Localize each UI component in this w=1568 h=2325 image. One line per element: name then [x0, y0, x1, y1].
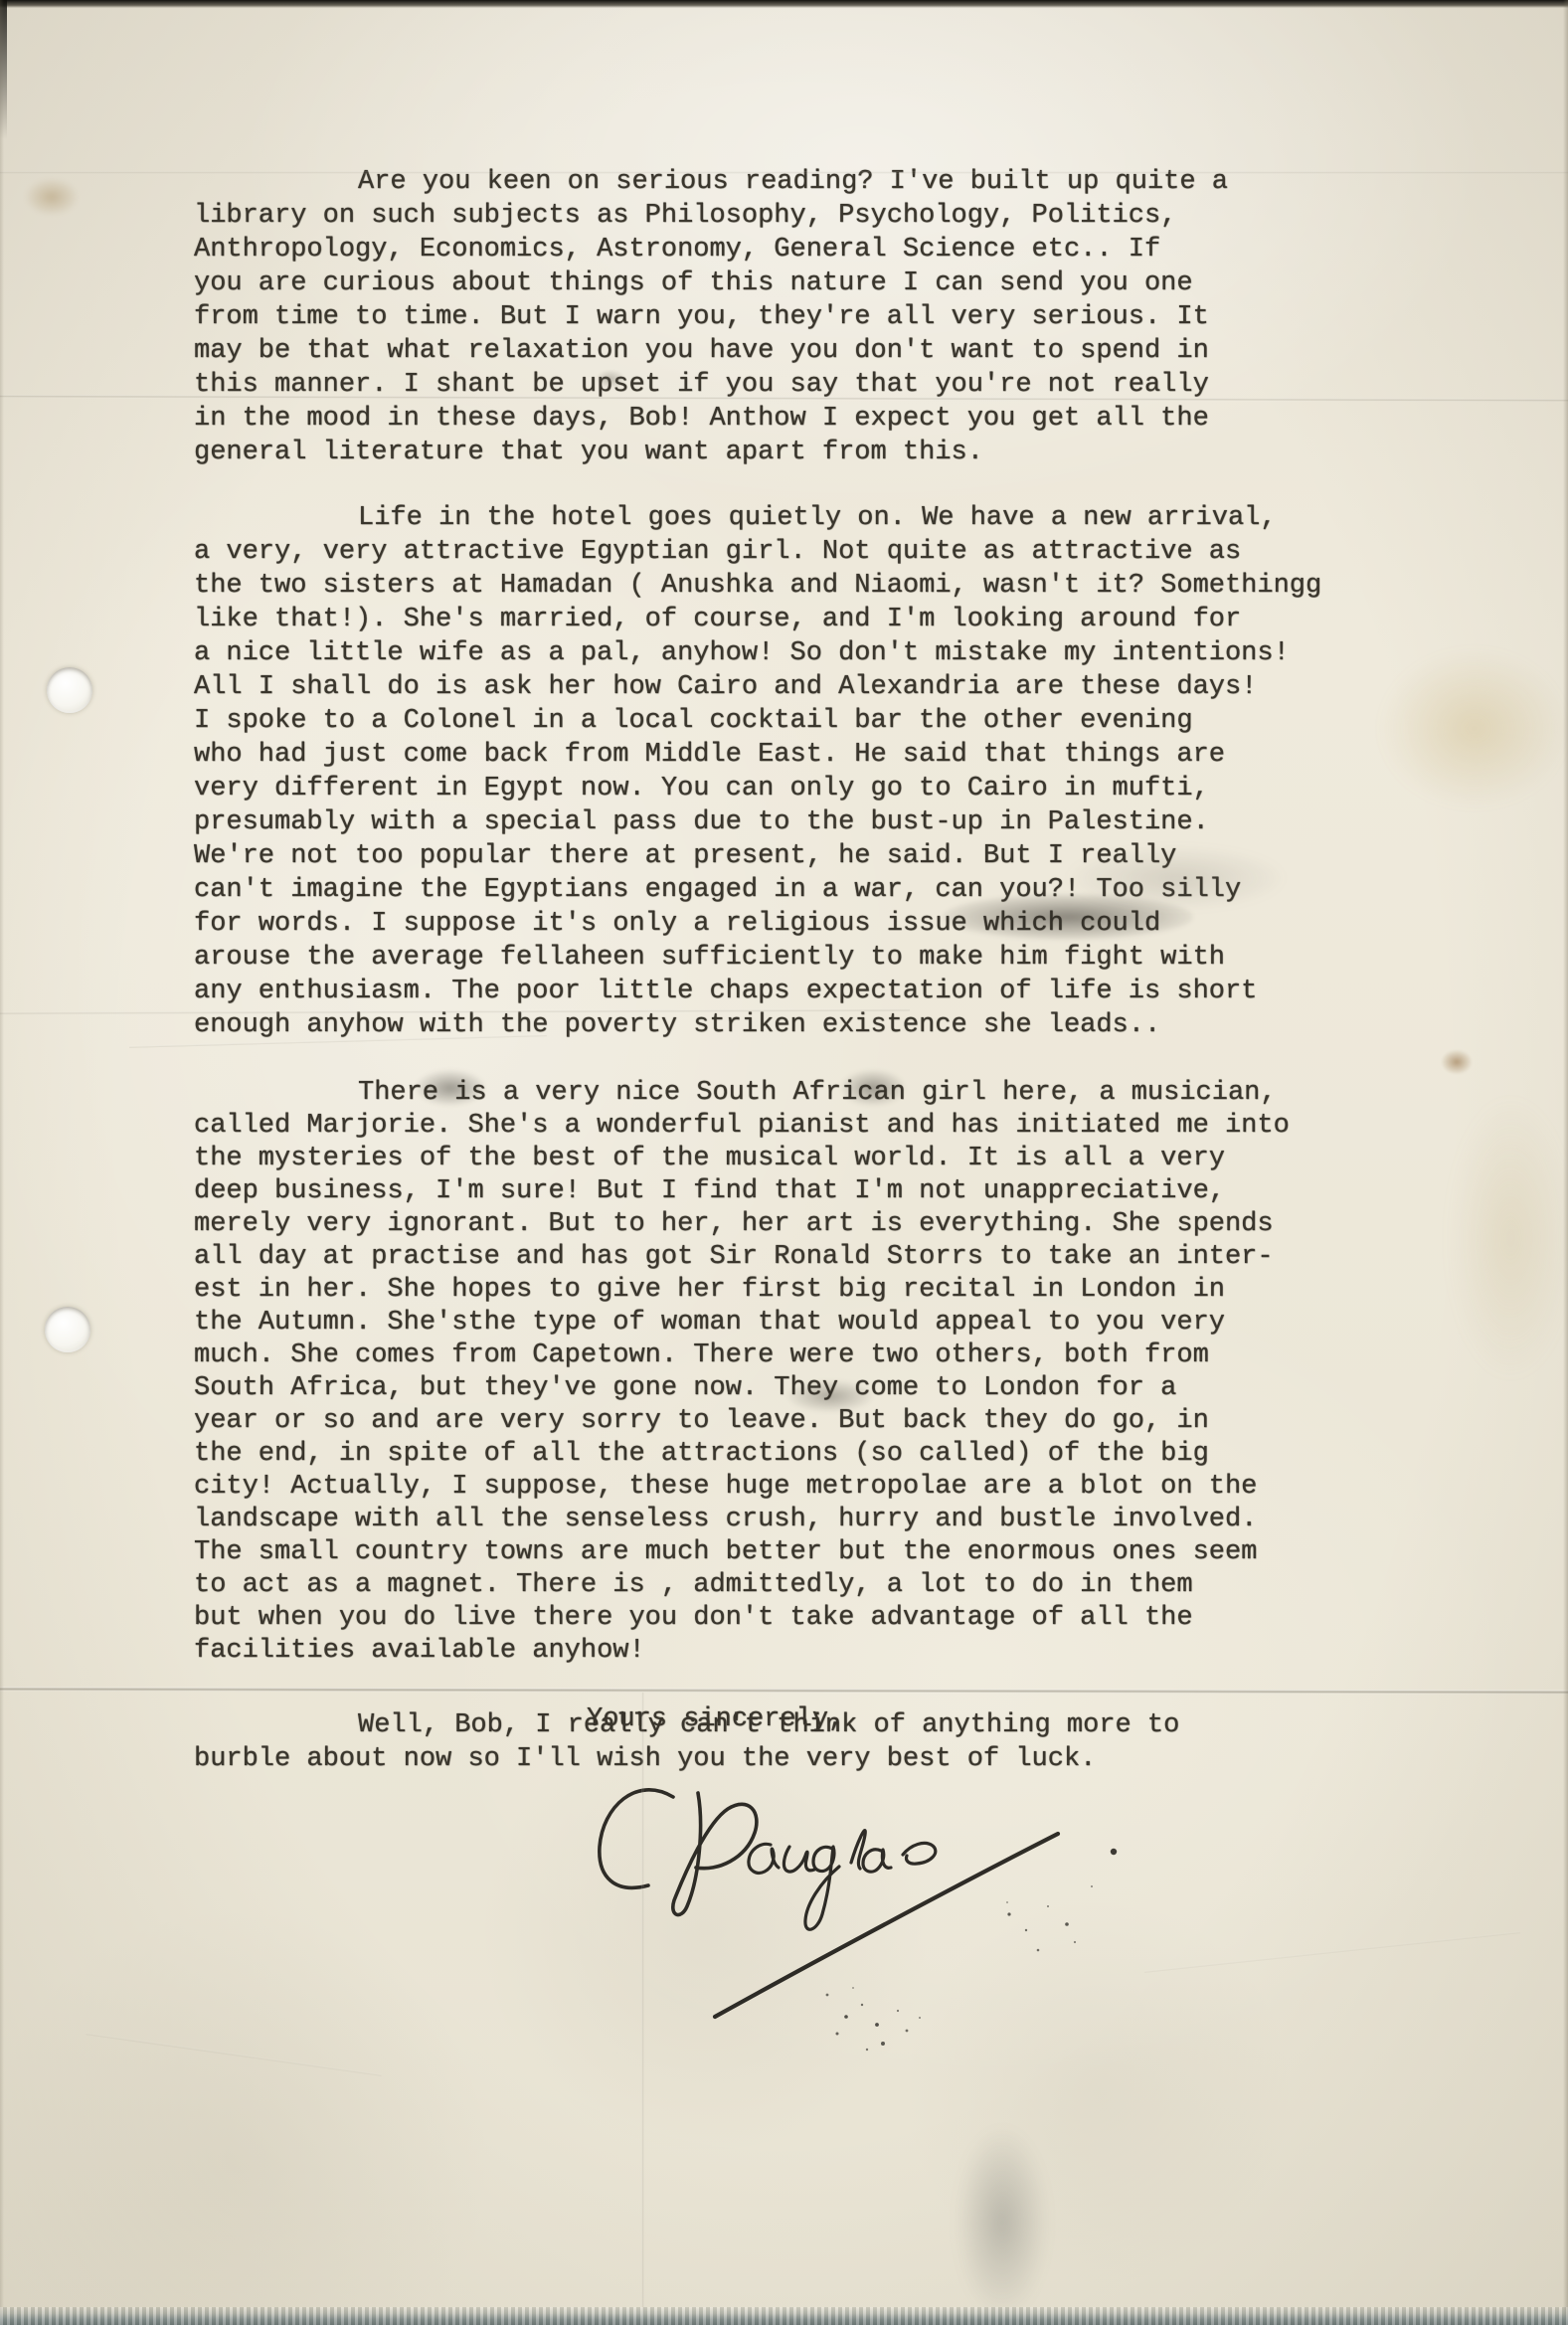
- paper-stain: [1382, 651, 1566, 805]
- punch-hole: [47, 667, 92, 713]
- typewritten-line: for words. I suppose it's only a religio…: [194, 907, 1447, 941]
- typewritten-line: all day at practise and has got Sir Rona…: [194, 1241, 1447, 1274]
- typewritten-line: All I shall do is ask her how Cairo and …: [194, 670, 1447, 704]
- typewritten-line: called Marjorie. She's a wonderful piani…: [194, 1110, 1447, 1143]
- paper-stain: [1442, 1050, 1472, 1074]
- pencil-smudge: [957, 2128, 1048, 2317]
- typewritten-line: the end, in spite of all the attractions…: [194, 1438, 1447, 1471]
- punch-hole: [45, 1307, 90, 1352]
- typewritten-line: from time to time. But I warn you, they'…: [194, 300, 1447, 334]
- paper-stain: [1454, 1104, 1568, 1372]
- fold-crease: [641, 1693, 644, 2325]
- signature-ink: [467, 1755, 1183, 2073]
- typewritten-line: city! Actually, I suppose, these huge me…: [194, 1471, 1447, 1504]
- typewritten-line: like that!). She's married, of course, a…: [194, 603, 1447, 636]
- letter-paragraph-hotel-life: Life in the hotel goes quietly on. We ha…: [194, 400, 1447, 1042]
- typewritten-line: est in her. She hopes to give her first …: [194, 1274, 1447, 1307]
- typewritten-line: presumably with a special pass due to th…: [194, 805, 1447, 839]
- typewritten-line: a nice little wife as a pal, anyhow! So …: [194, 636, 1447, 670]
- typewritten-line: who had just come back from Middle East.…: [194, 738, 1447, 772]
- typewritten-line: The small country towns are much better …: [194, 1536, 1447, 1569]
- ink-overstrike-smudge: [416, 1070, 485, 1106]
- wrinkle-crease: [86, 2033, 381, 2076]
- typewritten-line: merely very ignorant. But to her, her ar…: [194, 1208, 1447, 1241]
- signature-lead-stroke: [600, 1790, 673, 1887]
- typewritten-line: landscape with all the senseless crush, …: [194, 1504, 1447, 1536]
- ink-overstrike-smudge: [787, 1380, 873, 1412]
- typewritten-line: Anthropology, Economics, Astronomy, Gene…: [194, 233, 1447, 267]
- paper-stain: [597, 370, 624, 388]
- fold-crease: [0, 171, 1568, 174]
- typewritten-line: a very, very attractive Egyptian girl. N…: [194, 535, 1447, 569]
- typewritten-line: may be that what relaxation you have you…: [194, 334, 1447, 368]
- scan-edge-bottom: [0, 2307, 1568, 2325]
- typewritten-line: the two sisters at Hamadan ( Anushka and…: [194, 569, 1447, 603]
- typewritten-line: very different in Egypt now. You can onl…: [194, 772, 1447, 805]
- typewritten-line: arouse the average fellaheen sufficientl…: [194, 941, 1447, 975]
- typewritten-line: library on such subjects as Philosophy, …: [194, 199, 1447, 233]
- letter-closing: Yours sincerely,: [587, 1704, 844, 1734]
- signature-douglas: [467, 1755, 1183, 2073]
- ink-overstrike-smudge: [841, 1070, 905, 1106]
- wrinkle-crease: [1144, 1931, 1520, 1973]
- typewritten-line: much. She comes from Capetown. There wer…: [194, 1340, 1447, 1372]
- signature-underline-flourish: [715, 1834, 1058, 2017]
- pencil-smudge: [1069, 847, 1283, 909]
- scan-edge-left: [0, 0, 4, 2325]
- typewritten-line: the Autumn. She'sthe type of woman that …: [194, 1307, 1447, 1340]
- typewritten-line: the mysteries of the best of the musical…: [194, 1143, 1447, 1175]
- letter-paragraph-marjorie: There is a very nice South African girl …: [194, 979, 1447, 1668]
- paper-stain: [26, 179, 78, 215]
- letter-page: Are you keen on serious reading? I've bu…: [0, 0, 1568, 2325]
- typewritten-line: to act as a magnet. There is , admittedl…: [194, 1569, 1447, 1602]
- scan-edge-right: [1563, 0, 1568, 2325]
- typewritten-line: Life in the hotel goes quietly on. We ha…: [194, 501, 1447, 535]
- scan-edge-top: [0, 0, 1568, 8]
- typewritten-line: There is a very nice South African girl …: [194, 1077, 1447, 1110]
- typewritten-line: deep business, I'm sure! But I find that…: [194, 1175, 1447, 1208]
- typewritten-line: I spoke to a Colonel in a local cocktail…: [194, 704, 1447, 738]
- typewritten-line: you are curious about things of this nat…: [194, 267, 1447, 300]
